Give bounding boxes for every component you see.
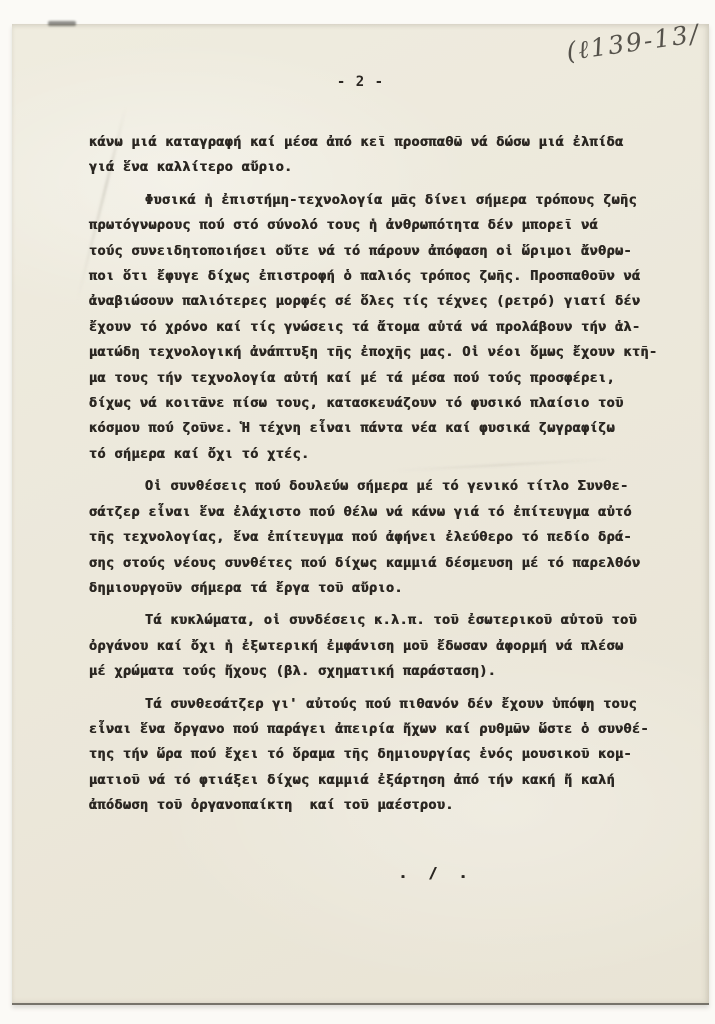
text-line: ἀναβιώσουν παλιότερες μορφές σέ ὅλες τίς… (89, 289, 667, 314)
text-line: ματώδη τεχνολογική ἀνάπτυξη τῆς ἐποχῆς μ… (89, 340, 667, 365)
paragraph: Φυσικά ἡ ἐπιστήμη-τεχνολογία μᾶς δίνει σ… (89, 188, 667, 467)
text-line: Φυσικά ἡ ἐπιστήμη-τεχνολογία μᾶς δίνει σ… (89, 188, 667, 213)
paper-sheet: (ℓ139-13/ - 2 - κάνω μιά καταγραφή καί μ… (12, 24, 709, 1005)
end-of-page-mark: . / . (147, 861, 715, 886)
typewritten-text: κάνω μιά καταγραφή καί μέσα ἀπό κεῖ προσ… (89, 130, 667, 886)
text-line: ὀργάνου καί ὄχι ἡ ἐξωτερική ἐμφάνιση μοῦ… (89, 634, 667, 659)
text-line: εἶναι ἕνα ὄργανο πού παράγει ἀπειρία ἤχω… (89, 717, 667, 742)
paragraph: Τά συνθεσάτζερ γι' αὐτούς πού πιθανόν δέ… (89, 692, 667, 819)
paper-edge-smudge (48, 21, 76, 26)
paragraph: Τά κυκλώματα, οἱ συνδέσεις κ.λ.π. τοῦ ἐσ… (89, 608, 667, 684)
text-line: ποι ὅτι ἔφυγε δίχως ἐπιστροφή ὁ παλιός τ… (89, 264, 667, 289)
text-line: κάνω μιά καταγραφή καί μέσα ἀπό κεῖ προσ… (89, 130, 667, 155)
handwritten-annotation: (ℓ139-13/ (565, 19, 702, 67)
scanned-document: (ℓ139-13/ - 2 - κάνω μιά καταγραφή καί μ… (0, 0, 715, 1024)
text-line: γιά ἕνα καλλίτερο αὔριο. (89, 155, 667, 180)
text-line: δίχως νά κοιτᾶνε πίσω τους, κατασκευάζου… (89, 391, 667, 416)
text-line: ἀπόδωση τοῦ ὀργανοπαίκτη καί τοῦ μαέστρο… (89, 793, 667, 818)
text-line: σης στούς νέους συνθέτες πού δίχως καμμι… (89, 551, 667, 576)
text-line: Τά συνθεσάτζερ γι' αὐτούς πού πιθανόν δέ… (89, 692, 667, 717)
text-line: Οἱ συνθέσεις πού δουλεύω σήμερα μέ τό γε… (89, 474, 667, 499)
text-line: σάτζερ εἶναι ἕνα ἐλάχιστο πού θέλω νά κά… (89, 500, 667, 525)
text-line: τούς συνειδητοποιήσει οὔτε νά τό πάρουν … (89, 239, 667, 264)
text-line: ματιοῦ νά τό φτιάξει δίχως καμμιά ἐξάρτη… (89, 768, 667, 793)
text-line: Τά κυκλώματα, οἱ συνδέσεις κ.λ.π. τοῦ ἐσ… (89, 608, 667, 633)
text-line: τῆς τεχνολογίας, ἕνα ἐπίτευγμα πού ἀφήνε… (89, 525, 667, 550)
text-line: μα τους τήν τεχνολογία αὐτή καί μέ τά μέ… (89, 366, 667, 391)
text-line: τό σήμερα καί ὄχι τό χτές. (89, 442, 667, 467)
text-line: κόσμου πού ζοῦνε. Ἡ τέχνη εἶναι πάντα νέ… (89, 416, 667, 441)
text-line: δημιουργοῦν σήμερα τά ἔργα τοῦ αὔριο. (89, 576, 667, 601)
text-line: μέ χρώματα τούς ἤχους (βλ. σχηματική παρ… (89, 659, 667, 684)
page-number: - 2 - (12, 74, 709, 90)
text-line: της τήν ὥρα πού ἔχει τό ὅραμα τῆς δημιου… (89, 742, 667, 767)
paragraph: κάνω μιά καταγραφή καί μέσα ἀπό κεῖ προσ… (89, 130, 667, 181)
text-line: ἔχουν τό χρόνο καί τίς γνώσεις τά ἄτομα … (89, 315, 667, 340)
text-line: πρωτόγνωρους πού στό σύνολό τους ἡ ἀνθρω… (89, 213, 667, 238)
paragraph: Οἱ συνθέσεις πού δουλεύω σήμερα μέ τό γε… (89, 474, 667, 601)
